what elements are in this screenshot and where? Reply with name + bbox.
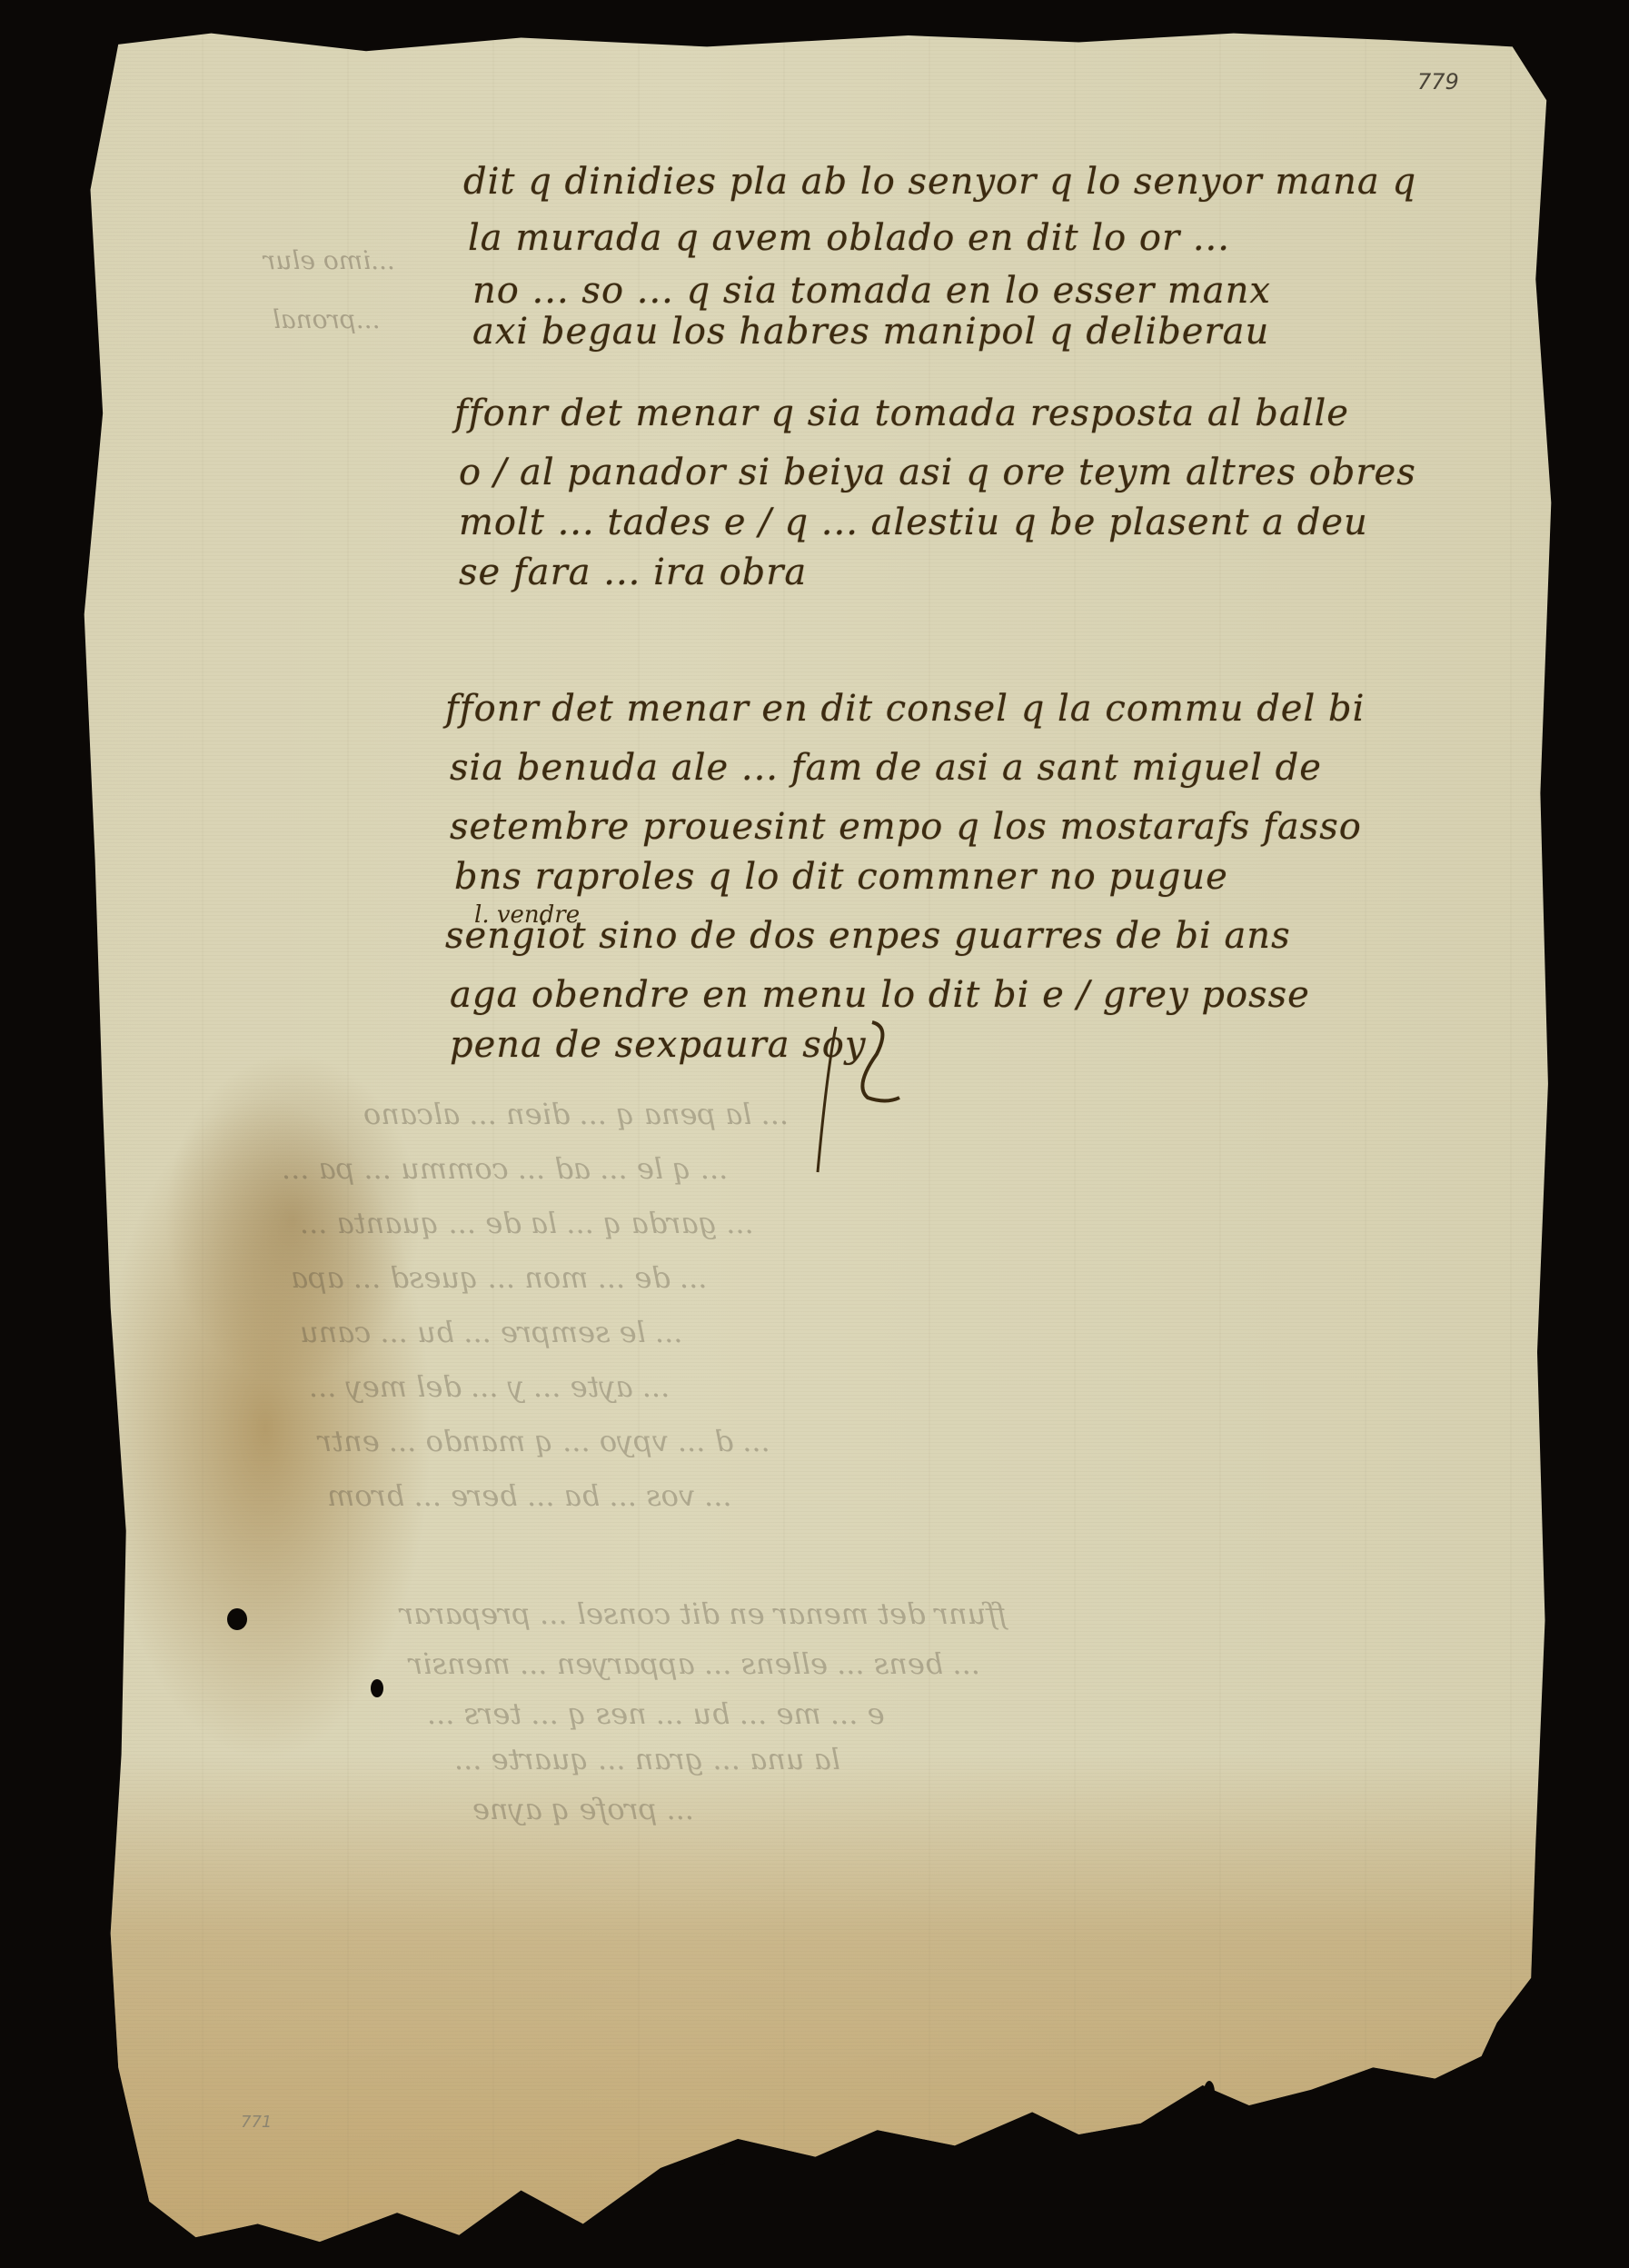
bleed-line: ... ayte ... y ... del mey ... <box>309 1372 670 1401</box>
bleed-line: ... de ... mon ... quesd ... apa <box>291 1263 707 1292</box>
text-line: dit q dinidies pla ab lo senyor q lo sen… <box>463 164 1416 200</box>
paper-hole <box>227 1608 247 1630</box>
text-line: axi begau los habres manipol q deliberau <box>472 313 1269 350</box>
text-line: setembre prouesint empo q los mostarafs … <box>450 809 1362 845</box>
margin-note: l. vendre <box>474 901 580 929</box>
text-line: no ... so ... q sia tomada en lo esser m… <box>472 273 1271 309</box>
bleed-line: ... q le ... ad ... commu ... pa ... <box>282 1154 728 1183</box>
text-line: molt ... tades e / q ... alestiu q be pl… <box>459 504 1368 541</box>
bleed-margin-line: ...pronal <box>273 304 381 334</box>
bleed-line: ... vos ... ba ... bere ... brom <box>327 1481 732 1510</box>
bleed-line: ... d ... vpyo ... q mando ... entr <box>318 1427 770 1456</box>
text-line: sia benuda ale ... fam de asi a sant mig… <box>450 750 1322 786</box>
paper-hole <box>371 1679 383 1697</box>
folio-number-top: 779 <box>1417 69 1459 94</box>
bleed-margin-line: ...imo elur <box>263 245 395 275</box>
text-line: o / al panador si beiya asi q ore teym a… <box>459 454 1416 491</box>
text-line: ffonr det menar en dit consel q la commu… <box>445 691 1365 727</box>
bleed-line: ... le sempre ... bu ... canu <box>300 1318 682 1347</box>
bleed-line: ... bens ... ellens ... apparyen ... men… <box>409 1649 980 1678</box>
bleed-line: e ... me ... bu ... nes q ... ters ... <box>427 1699 885 1728</box>
text-line: se fara ... ira obra <box>459 554 807 591</box>
paper-hole <box>718 2158 725 2165</box>
bleed-line: ffunr det menar en dit consel ... prepar… <box>400 1599 1007 1628</box>
text-line: aga obendre en menu lo dit bi e / grey p… <box>450 977 1310 1013</box>
bleed-line: ... profe q ayne <box>472 1795 694 1824</box>
bleed-line: ... garda q ... la de ... quanta ... <box>300 1209 754 1238</box>
text-line: bns raproles q lo dit commner no pugue <box>454 859 1228 895</box>
paper-hole <box>1204 2081 1215 2104</box>
bleed-line: la una ... gran ... quarte ... <box>454 1745 840 1774</box>
signature-flourish-icon <box>800 1018 936 1181</box>
text-line: ffonr det menar q sia tomada resposta al… <box>454 395 1349 432</box>
bleed-line: ... la pena q ... dien ... alcano <box>363 1099 789 1129</box>
folio-number-bottom: 771 <box>241 2113 272 2132</box>
text-line: la murada q avem oblado en dit lo or ... <box>468 220 1230 256</box>
